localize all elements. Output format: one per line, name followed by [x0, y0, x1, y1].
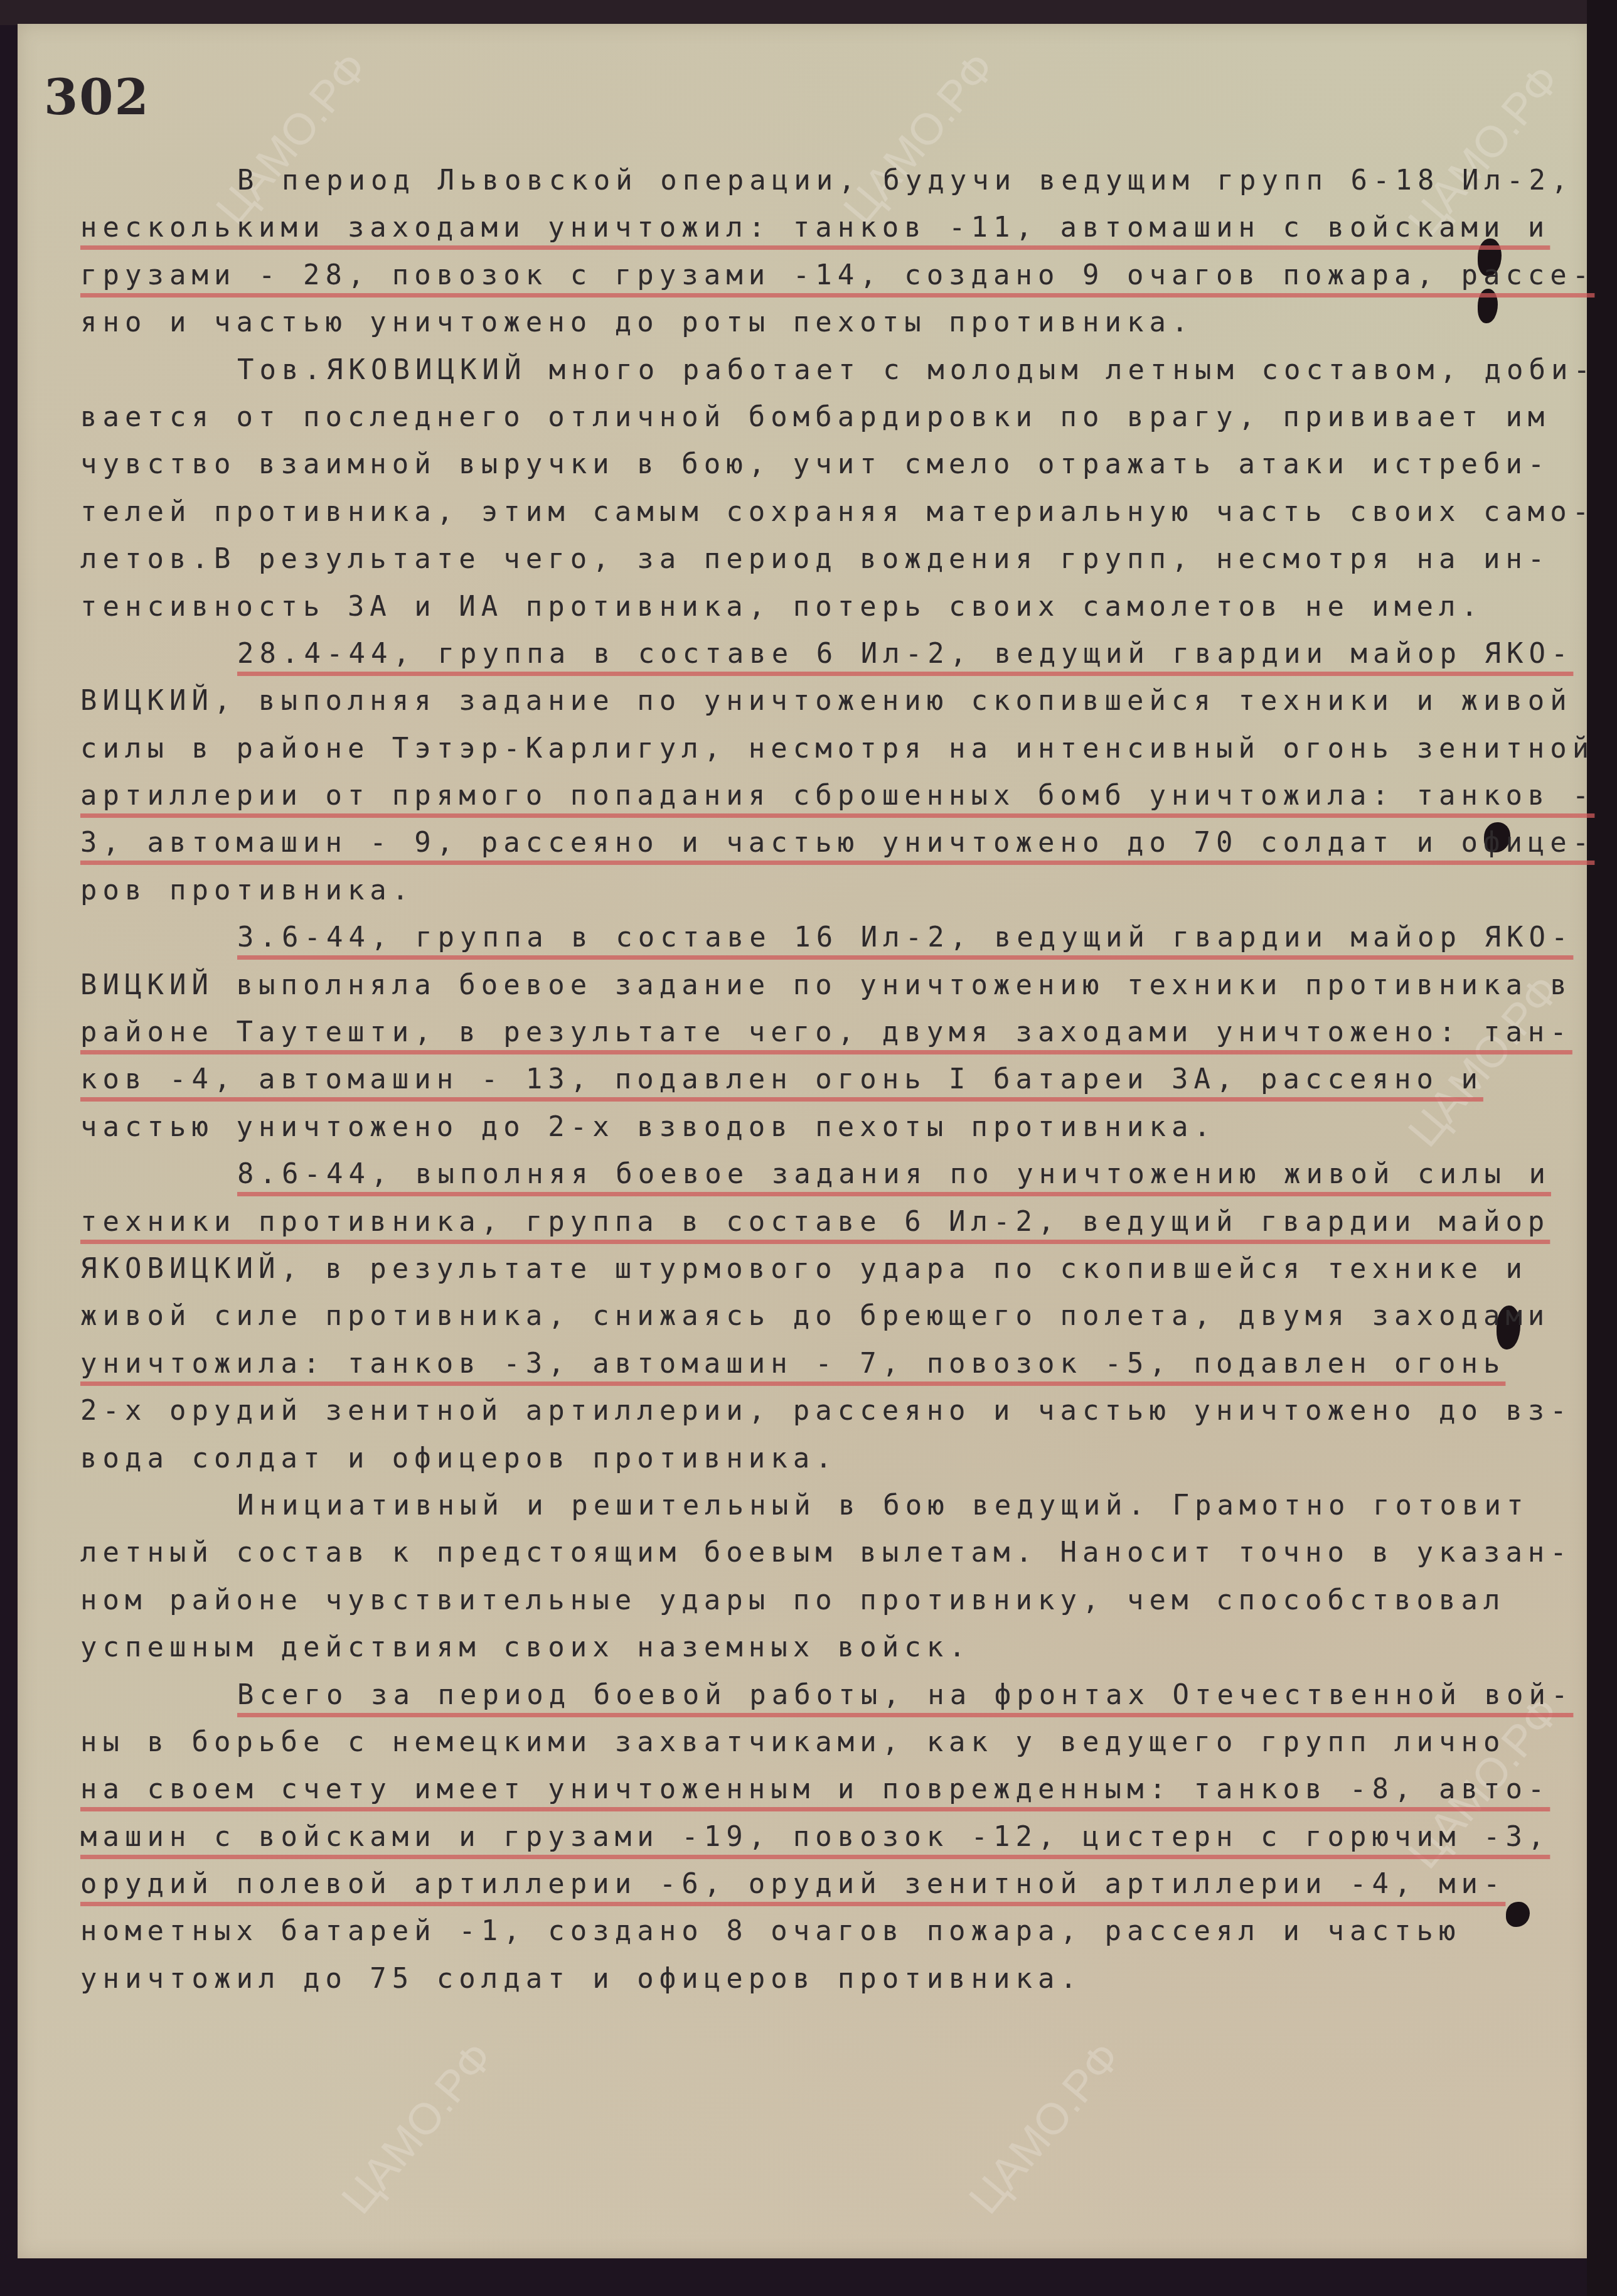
text-line: несколькими заходами уничтожил: танков -… [80, 204, 1429, 251]
text-line: 2-х орудий зенитной артиллерии, рассеяно… [80, 1387, 1429, 1434]
text-line: машин с войсками и грузами -19, повозок … [80, 1813, 1429, 1860]
text-line: орудий полевой артиллерии -6, орудий зен… [80, 1860, 1429, 1907]
text-line: Тов.ЯКОВИЦКИЙ много работает с молодым л… [80, 346, 1429, 394]
text-line: летный состав к предстоящим боевым вылет… [80, 1529, 1429, 1576]
text-line: 3.6-44, группа в составе 16 Ил-2, ведущи… [80, 914, 1429, 961]
text-line: 3, автомашин - 9, рассеяно и частью унич… [80, 819, 1429, 866]
scan-right-border [1587, 0, 1617, 2296]
text-line: вода солдат и офицеров противника. [80, 1435, 1429, 1482]
text-line: ЯКОВИЦКИЙ, в результате штурмового удара… [80, 1245, 1429, 1292]
text-line: Всего за период боевой работы, на фронта… [80, 1671, 1429, 1719]
text-line: 8.6-44, выполняя боевое задания по уничт… [80, 1151, 1429, 1198]
text-line: 28.4-44, группа в составе 6 Ил-2, ведущи… [80, 630, 1429, 677]
text-line: летов.В результате чего, за период вожде… [80, 535, 1429, 582]
text-line: ны в борьбе с немецкими захватчиками, ка… [80, 1719, 1429, 1766]
text-line: уничтожил до 75 солдат и офицеров против… [80, 1955, 1429, 2002]
text-line: яно и частью уничтожено до роты пехоты п… [80, 299, 1429, 346]
text-line: вается от последнего отличной бомбардиро… [80, 394, 1429, 441]
scan-top-border [0, 0, 1617, 25]
text-line: В период Львовской операции, будучи веду… [80, 157, 1429, 204]
text-line: на своем счету имеет уничтоженным и повр… [80, 1766, 1429, 1813]
text-line: грузами - 28, повозок с грузами -14, соз… [80, 252, 1429, 299]
text-line: ном районе чувствительные удары по проти… [80, 1577, 1429, 1624]
text-line: чувство взаимной выручки в бою, учит сме… [80, 441, 1429, 488]
text-line: частью уничтожено до 2-х взводов пехоты … [80, 1103, 1429, 1151]
text-line: ков -4, автомашин - 13, подавлен огонь I… [80, 1056, 1429, 1103]
text-line: ВИЦКИЙ выполняла боевое задание по уничт… [80, 962, 1429, 1009]
text-line: ВИЦКИЙ, выполняя задание по уничтожению … [80, 677, 1429, 724]
text-line: успешным действиям своих наземных войск. [80, 1624, 1429, 1671]
document-body: В период Львовской операции, будучи веду… [80, 157, 1429, 2002]
text-line: техники противника, группа в составе 6 И… [80, 1198, 1429, 1245]
text-line: живой силе противника, снижаясь до бреющ… [80, 1292, 1429, 1339]
text-line: силы в районе Тэтэр-Карлигул, несмотря н… [80, 725, 1429, 772]
text-line: уничтожила: танков -3, автомашин - 7, по… [80, 1340, 1429, 1387]
text-line: телей противника, этим самым сохраняя ма… [80, 488, 1429, 535]
text-line: районе Таутешти, в результате чего, двум… [80, 1009, 1429, 1056]
text-line: Инициативный и решительный в бою ведущий… [80, 1482, 1429, 1529]
text-line: ров противника. [80, 867, 1429, 914]
text-line: тенсивность ЗА и ИА противника, потерь с… [80, 583, 1429, 630]
text-line: нометных батарей -1, создано 8 очагов по… [80, 1907, 1429, 1955]
text-line: артиллерии от прямого попадания сброшенн… [80, 772, 1429, 819]
page-number: 302 [44, 69, 150, 126]
